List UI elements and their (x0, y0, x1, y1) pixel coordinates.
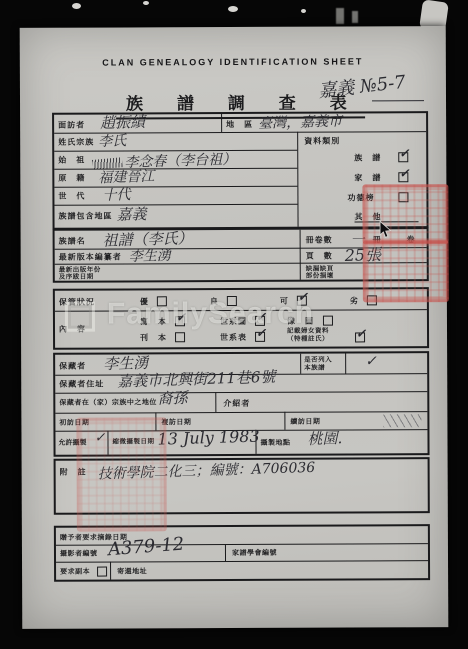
microfilm-date-value: 13 July 1983 (157, 427, 260, 449)
first-ancestor-label: 始 祖 (58, 155, 85, 166)
page-number-note: 嘉義 №5-7 (317, 68, 407, 103)
content-pedigree-table-label: 世系表 (220, 332, 247, 343)
introducer-label: 介紹者 (223, 398, 250, 409)
film-edge-mark (336, 8, 344, 24)
listed-in-genealogy-label-line2: 本族譜 (304, 365, 325, 373)
generations-label: 世 代 (58, 191, 85, 202)
condition-poor-label: 劣 (350, 295, 359, 306)
keeper-position-value: 裔孫 (157, 387, 188, 409)
divider (215, 392, 216, 412)
divider (297, 132, 298, 227)
photo-frame: CLAN GENEALOGY IDENTIFICATION SHEET 族 譜 … (0, 0, 468, 649)
dust-speck (228, 6, 238, 12)
category-family-register-label: 家 譜 (354, 172, 381, 183)
red-seal-stamp (362, 184, 448, 244)
publish-year-label-line2: 及序跋日期 (59, 274, 94, 282)
volumes-label: 冊卷數 (306, 235, 333, 246)
divider (110, 562, 111, 580)
divider (345, 354, 346, 374)
keeper-label: 保藏者 (59, 361, 86, 372)
keeper-position-label: 保藏者在（家）宗族中之地位 (59, 399, 157, 407)
hatch-mark (383, 414, 421, 427)
clan-label: 姓氏宗族 (58, 137, 94, 148)
society-number-label: 家譜學會編號 (232, 548, 277, 558)
category-genealogy-label: 族 譜 (354, 152, 381, 163)
table-office-use: 贈予者要求摘錄日期 攝影者編號 A379-12 家譜學會編號 要求副本 寄還地址 (54, 524, 430, 582)
checkmark: ✓ (356, 326, 366, 340)
generations-value: 十代 (102, 184, 131, 205)
origin-label: 原 籍 (58, 173, 85, 184)
divider (54, 204, 297, 206)
divider (54, 186, 297, 188)
damage-label-line2: 部份損壞 (306, 273, 334, 281)
area-value: 臺灣，嘉義市 (258, 110, 343, 133)
compiler-value: 李生湧 (128, 245, 171, 266)
copy-request-checkbox (97, 567, 107, 577)
genealogy-title-label: 族譜名 (59, 236, 86, 247)
dust-speck (301, 9, 306, 13)
area-label: 地 區 (226, 119, 253, 130)
form-paper: CLAN GENEALOGY IDENTIFICATION SHEET 族 譜 … (20, 26, 449, 629)
content-women-checkbox: ✓ (355, 332, 365, 342)
divider (225, 544, 226, 561)
photographer-number-value: A379-12 (107, 534, 185, 561)
coverage-label: 族譜包含地區 (58, 211, 112, 222)
english-title: CLAN GENEALOGY IDENTIFICATION SHEET (20, 56, 446, 68)
clan-value: 李氏 (98, 130, 127, 151)
divider (300, 230, 301, 280)
film-edge-mark (352, 11, 358, 23)
listed-in-genealogy-label-line1: 是否列入 (304, 357, 332, 365)
divider (221, 114, 222, 132)
coverage-value: 嘉義 (116, 203, 147, 225)
divider (300, 354, 301, 374)
checkmark: ✓ (399, 166, 409, 180)
filming-location-value: 桃園. (307, 427, 342, 449)
content-pedigree-table-checkbox: ✓ (255, 332, 265, 342)
interviewer-label: 面訪者 (58, 120, 85, 131)
dust-speck (72, 3, 81, 9)
note-underline (372, 100, 424, 101)
photographer-number-label: 攝影者編號 (60, 549, 98, 559)
divider (56, 560, 428, 563)
divider (55, 411, 427, 414)
divider (55, 391, 427, 394)
compiler-label: 最新版本編纂者 (59, 251, 122, 262)
content-women-label-line2: （特種註氏） (287, 336, 329, 344)
keeper-address-label: 保藏者住址 (59, 379, 104, 390)
checkmark: ✓ (399, 146, 409, 160)
category-genealogy-checkbox: ✓ (398, 152, 408, 162)
keeper-address-value: 嘉義市北興街211巷6號 (117, 366, 276, 392)
content-printed-checkbox (175, 332, 185, 342)
listed-in-genealogy-mark: ✓ (365, 353, 377, 369)
category-label: 資料類別 (304, 136, 340, 147)
pages-label: 頁 數 (306, 251, 333, 262)
copy-request-label: 要求副本 (60, 567, 90, 577)
familysearch-logo-watermark (65, 302, 95, 332)
content-printed-label: 刊 本 (140, 332, 167, 343)
divider (284, 412, 285, 430)
followup-date-label: 續訪日期 (290, 417, 320, 427)
familysearch-watermark: FamilySearch (107, 297, 314, 332)
return-address-label: 寄還地址 (117, 566, 147, 576)
content-portraits-checkbox (323, 316, 333, 326)
filming-location-label: 攝製地點 (260, 438, 290, 448)
category-family-register-checkbox: ✓ (398, 172, 408, 182)
red-seal-stamp-faint (76, 417, 166, 531)
red-seal-stamp (363, 240, 449, 302)
dust-speck (143, 1, 149, 5)
mouse-cursor-icon (379, 220, 392, 239)
